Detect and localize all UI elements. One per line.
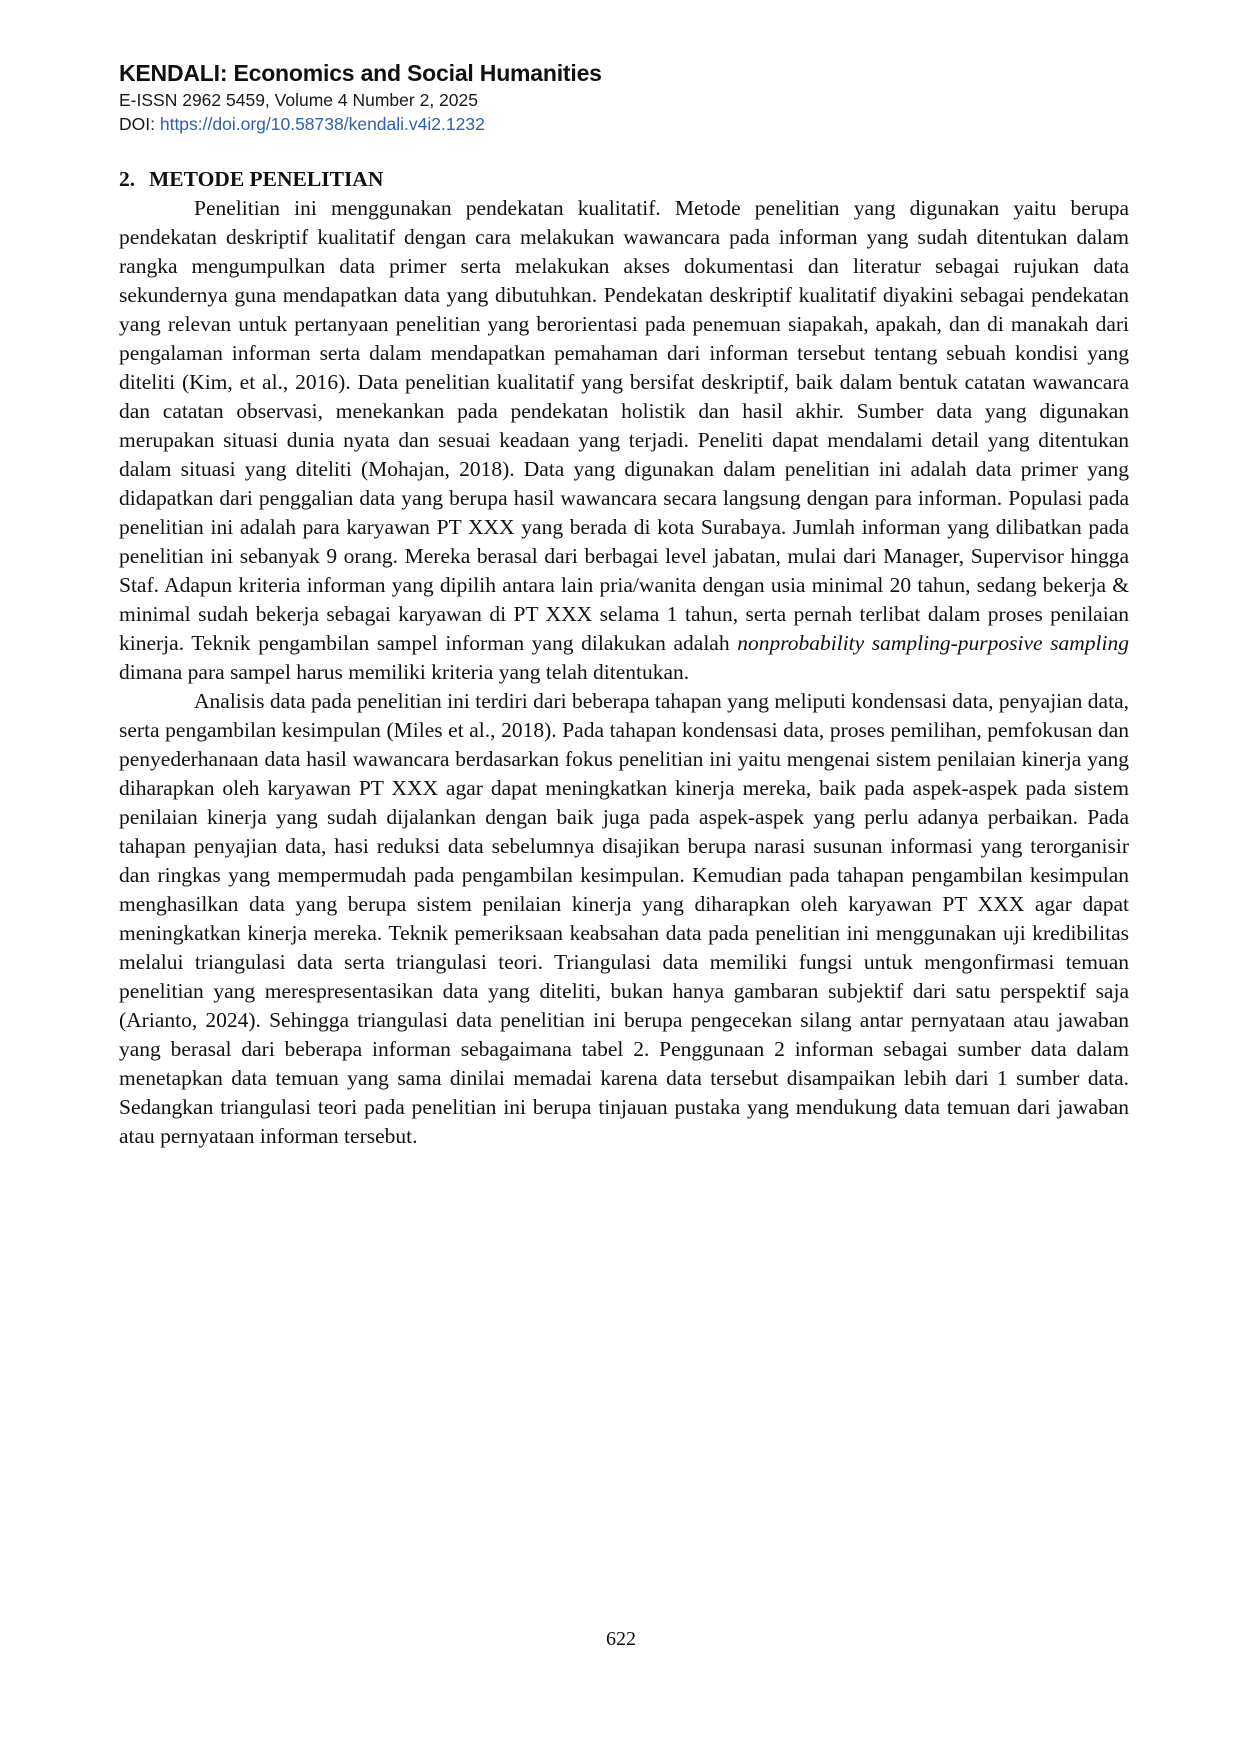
doi-label: DOI: (119, 114, 160, 134)
paragraph-method: Penelitian ini menggunakan pendekatan ku… (119, 194, 1129, 687)
paragraph-method-text-1: Penelitian ini menggunakan pendekatan ku… (119, 196, 1129, 655)
italic-term-sampling: nonprobability sampling-purposive sampli… (737, 631, 1129, 655)
doi-link[interactable]: https://doi.org/10.58738/kendali.v4i2.12… (160, 114, 485, 134)
journal-title: KENDALI: Economics and Social Humanities (119, 58, 1119, 88)
doi-line: DOI: https://doi.org/10.58738/kendali.v4… (119, 112, 1119, 136)
paragraph-method-text-2: dimana para sampel harus memiliki kriter… (119, 660, 689, 684)
section-heading: 2.METODE PENELITIAN (119, 165, 1129, 194)
journal-header: KENDALI: Economics and Social Humanities… (119, 58, 1119, 136)
page-number: 622 (0, 1628, 1242, 1651)
section-number: 2. (119, 165, 149, 194)
paragraph-analysis: Analisis data pada penelitian ini terdir… (119, 687, 1129, 1151)
section-content: 2.METODE PENELITIAN Penelitian ini mengg… (119, 165, 1129, 1151)
section-title: METODE PENELITIAN (149, 167, 383, 191)
issn-volume-line: E-ISSN 2962 5459, Volume 4 Number 2, 202… (119, 88, 1119, 112)
